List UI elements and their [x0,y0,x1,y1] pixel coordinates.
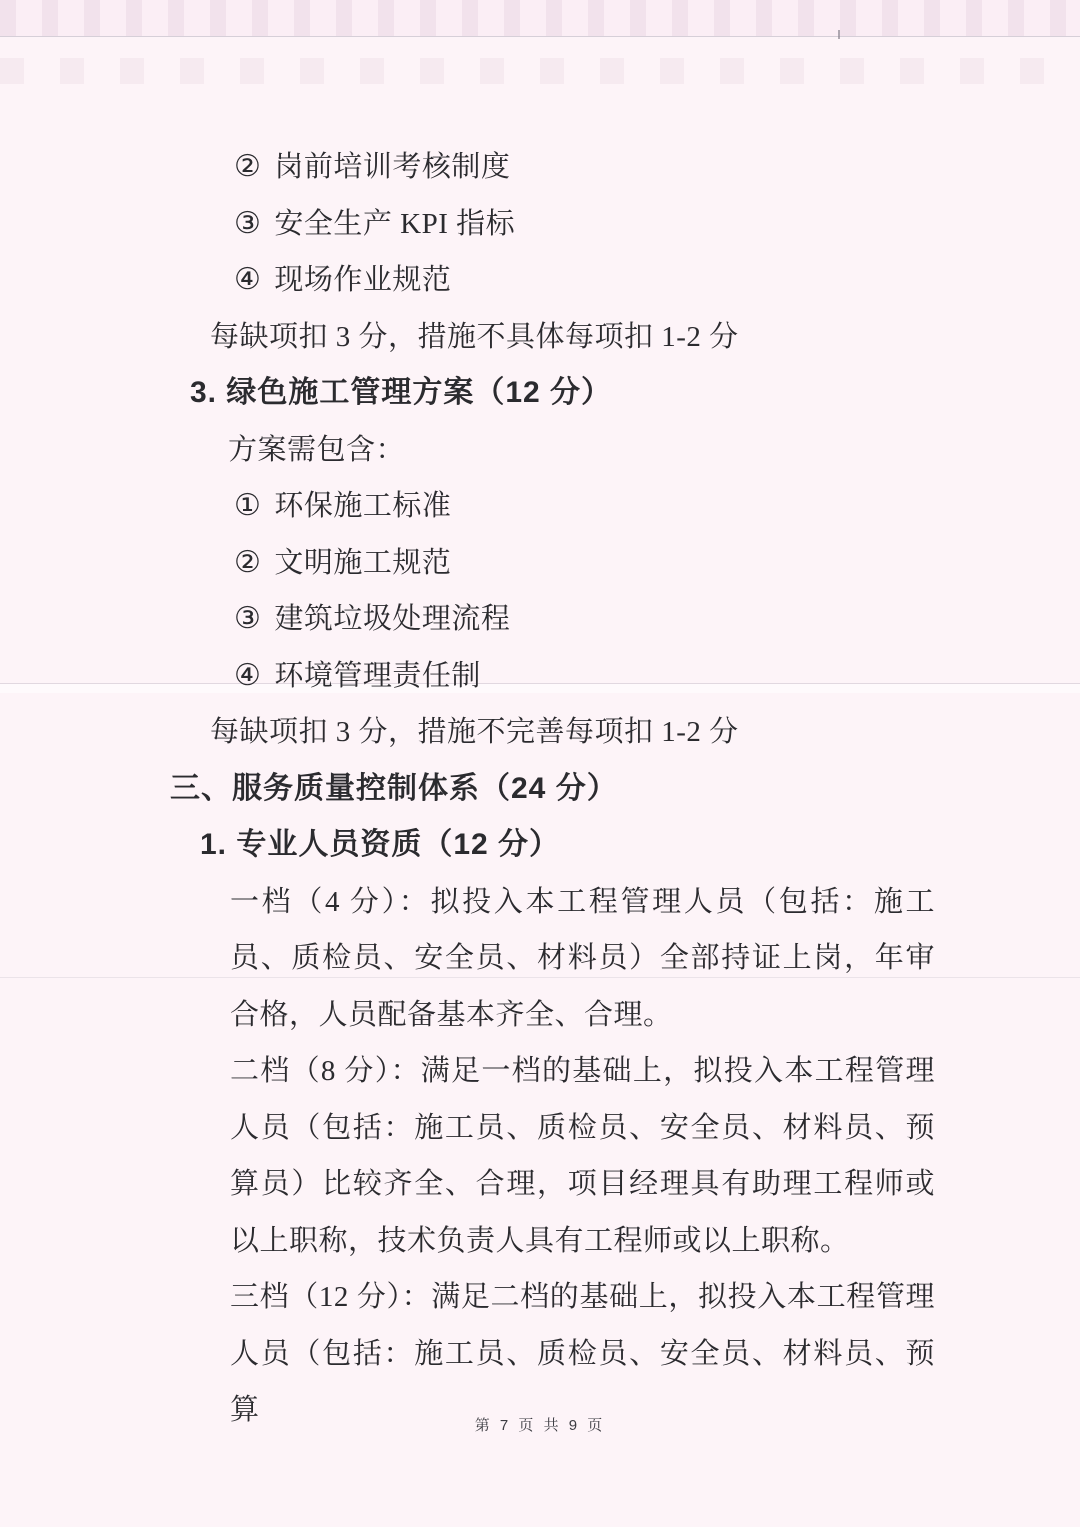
list-item-text: 建筑垃圾处理流程 [274,603,510,635]
list-item: ④环境管理责任制 [234,648,936,705]
grade-paragraph-tier2: 二档（8 分）：满足一档的基础上，拟投入本工程管理人员（包括：施工员、质检员、安… [230,1043,935,1269]
list-item: ①环保施工标准 [234,478,936,535]
scan-artifact-line [0,36,1080,37]
list-item: ③安全生产 KPI 指标 [234,196,936,253]
circled-number-icon: ③ [234,196,261,253]
list-item-text: 安全生产 KPI 指标 [274,208,515,240]
subsection-heading-qualifications: 1. 专业人员资质（12 分） [200,817,936,874]
list-item-text: 现场作业规范 [274,264,451,296]
deduction-note: 每缺项扣 3 分，措施不完善每项扣 1-2 分 [210,704,936,761]
page-number-footer: 第 7 页 共 9 页 [0,1414,1080,1438]
section-heading-service: 三、服务质量控制体系（24 分） [170,761,936,818]
section-heading-green: 3. 绿色施工管理方案（12 分） [190,365,936,422]
circled-number-icon: ② [234,535,261,592]
circled-number-icon: ② [234,139,261,196]
document-body: ②岗前培训考核制度 ③安全生产 KPI 指标 ④现场作业规范 每缺项扣 3 分，… [170,139,936,1439]
scanned-document-page: ②岗前培训考核制度 ③安全生产 KPI 指标 ④现场作业规范 每缺项扣 3 分，… [0,0,1080,1527]
list-item-text: 环境管理责任制 [274,660,481,692]
circled-number-icon: ① [234,478,261,535]
list-item-text: 文明施工规范 [274,547,451,579]
grade-paragraph-tier1: 一档（4 分）：拟投入本工程管理人员（包括：施工员、质检员、安全员、材料员）全部… [230,874,935,1044]
scan-noise-band [0,58,1080,84]
circled-number-icon: ③ [234,591,261,648]
circled-number-icon: ④ [234,252,261,309]
list-item-text: 岗前培训考核制度 [274,151,510,183]
section-intro: 方案需包含： [228,422,936,479]
list-item: ②文明施工规范 [234,535,936,592]
scan-artifact-tick [838,30,840,39]
scan-noise-band [0,0,1080,36]
list-item: ②岗前培训考核制度 [234,139,936,196]
circled-number-icon: ④ [234,648,261,705]
deduction-note: 每缺项扣 3 分，措施不具体每项扣 1-2 分 [210,309,936,366]
list-item: ③建筑垃圾处理流程 [234,591,936,648]
list-item: ④现场作业规范 [234,252,936,309]
list-item-text: 环保施工标准 [274,490,451,522]
